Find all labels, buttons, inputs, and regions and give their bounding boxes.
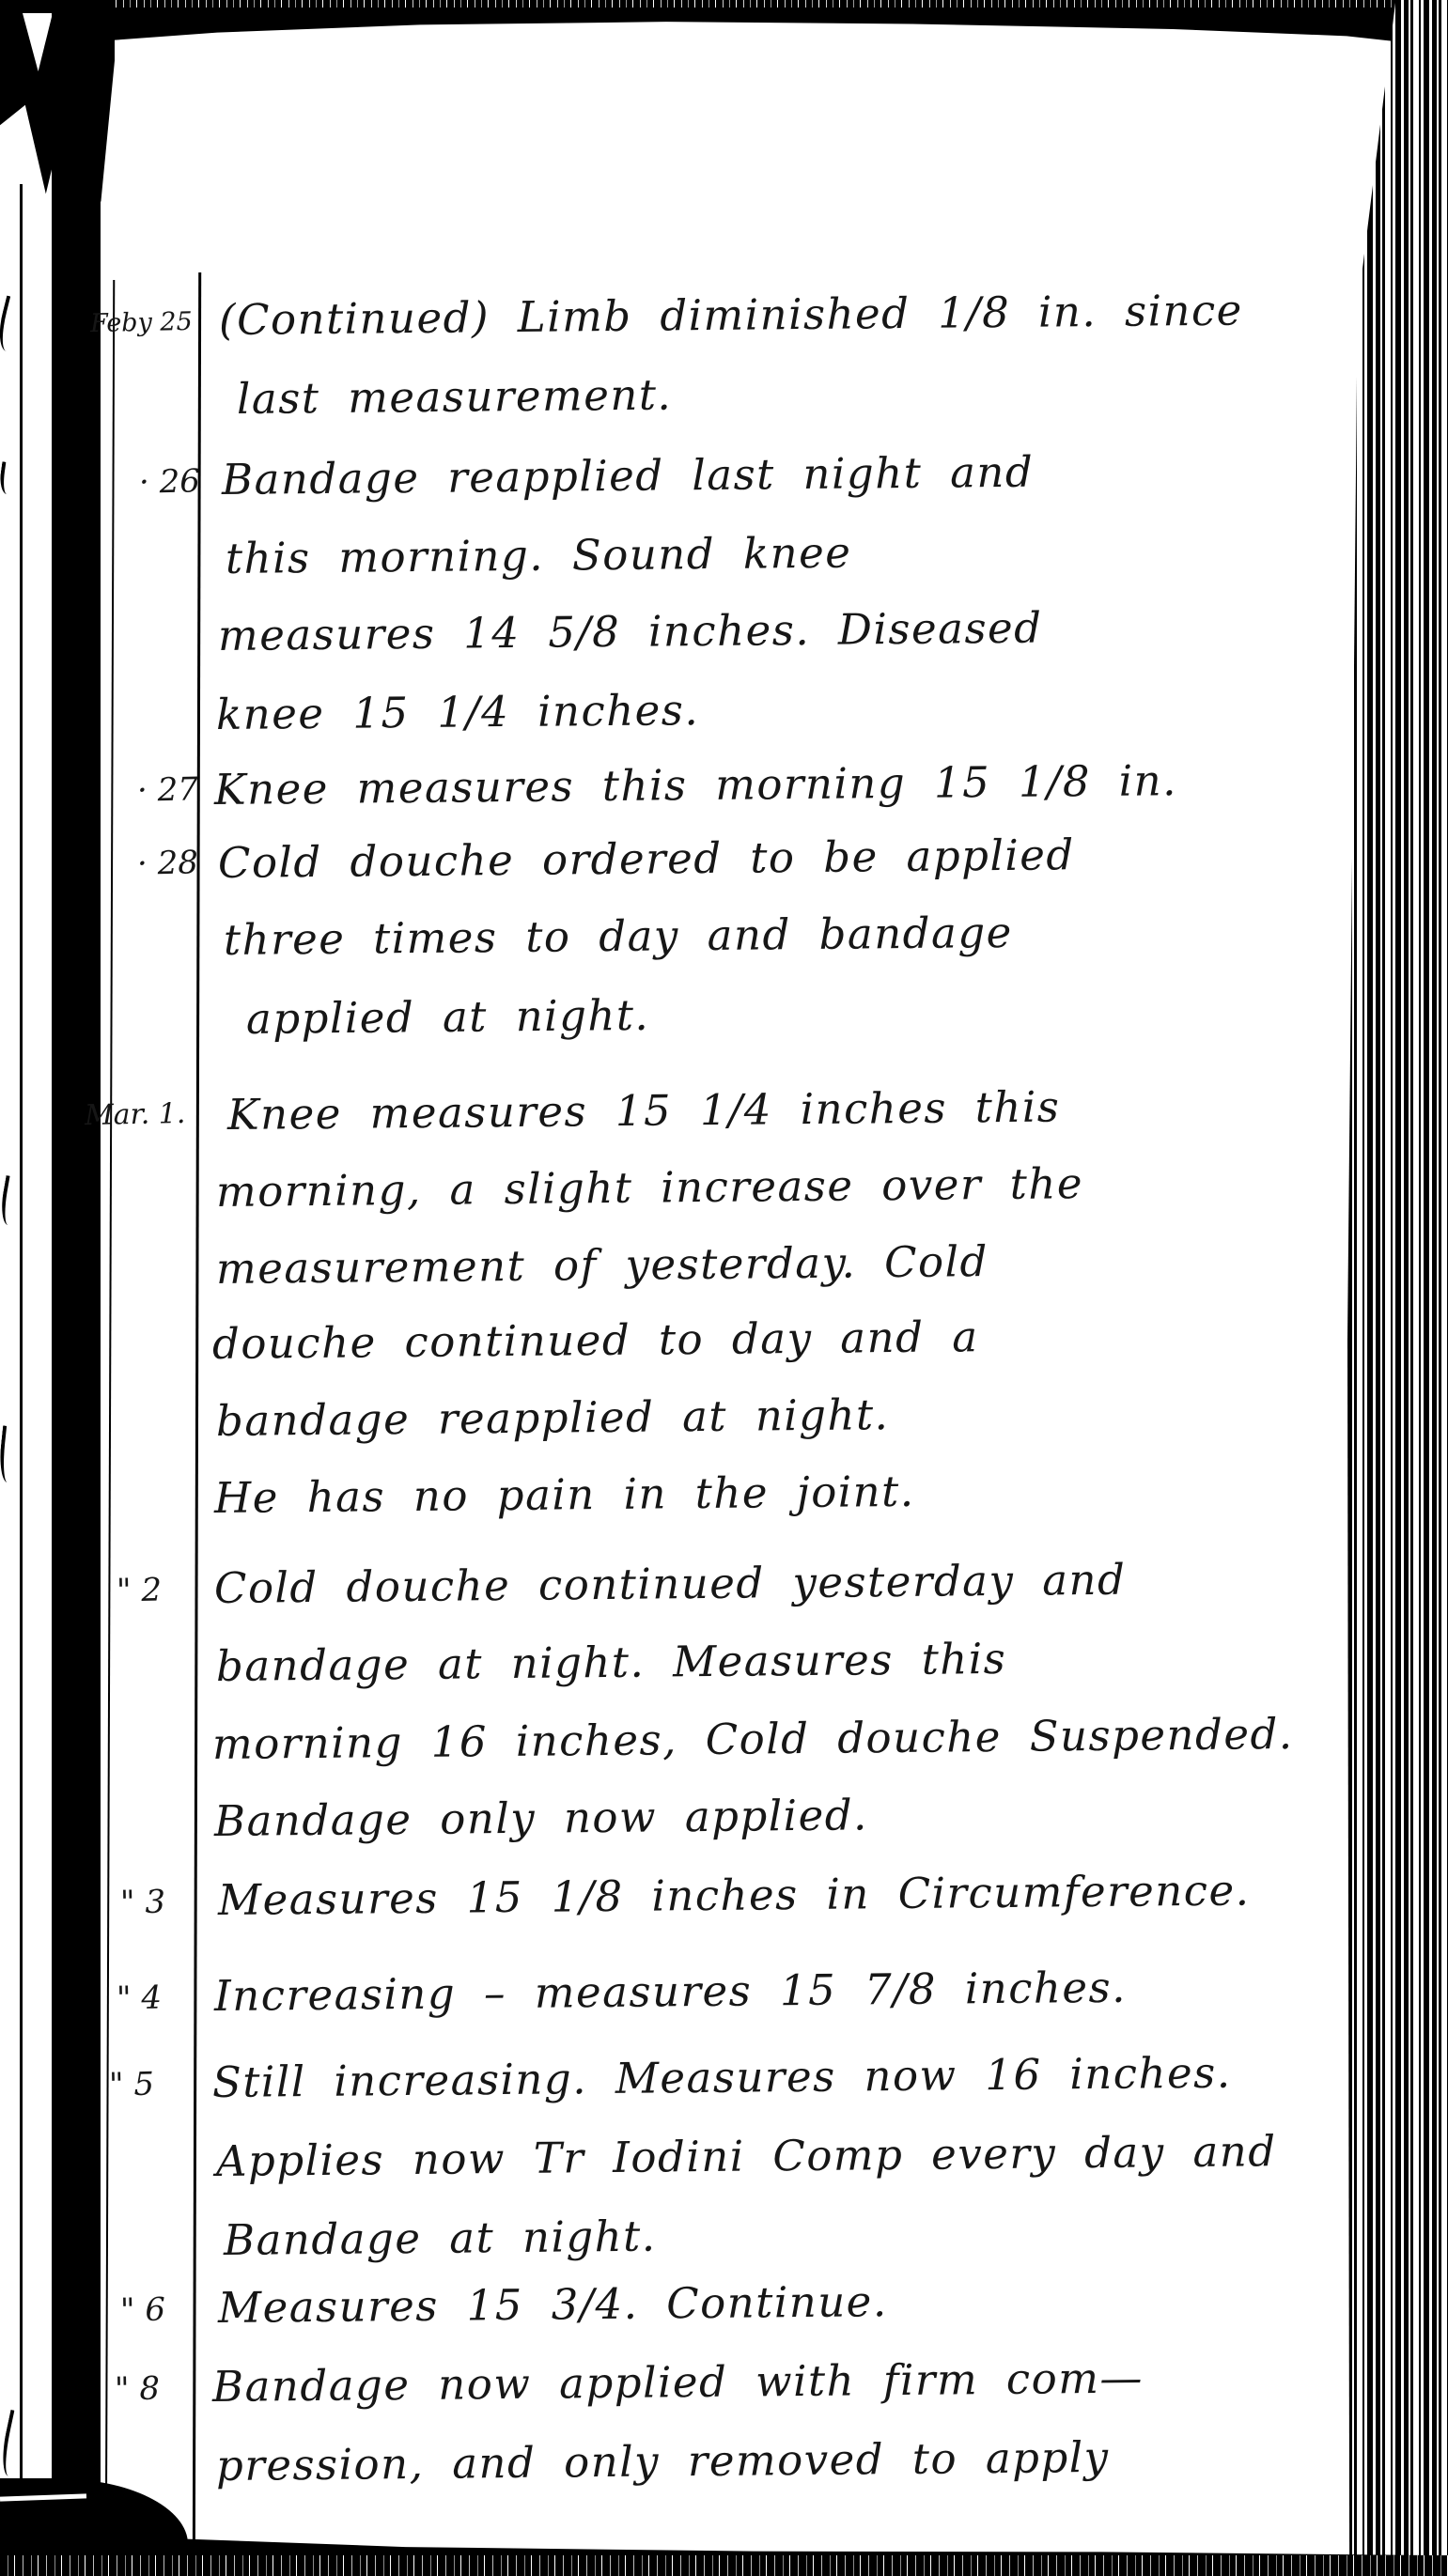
entry-line: (Continued) Limb diminished 1/8 in. sinc… bbox=[219, 289, 1243, 341]
stray-ink-mark bbox=[0, 2410, 27, 2477]
entry-line: douche continued to day and a bbox=[212, 1315, 979, 1365]
date-column-left-rule bbox=[105, 280, 116, 2576]
entry-line: pression, and only removed to apply bbox=[216, 2436, 1110, 2487]
entry-line: Cold douche ordered to be applied bbox=[218, 833, 1075, 884]
binding-gutter-shadow bbox=[52, 0, 101, 2576]
entry-line: Knee measures this morning 15 1/8 in. bbox=[214, 759, 1177, 811]
entry-date: " 2 bbox=[117, 1575, 163, 1607]
entry-line: Bandage at night. bbox=[224, 2215, 657, 2261]
entry-date: Feby 25 bbox=[90, 309, 193, 336]
entry-line: knee 15 1/4 inches. bbox=[216, 689, 700, 736]
entry-line: last measurement. bbox=[237, 374, 673, 420]
entry-line: Measures 15 1/8 inches in Circumference. bbox=[218, 1869, 1251, 1921]
entry-line: measures 14 5/8 inches. Diseased bbox=[218, 607, 1043, 657]
entry-line: morning, a slight increase over the bbox=[216, 1162, 1083, 1213]
entry-date: " 3 bbox=[120, 1886, 166, 1919]
entry-line: Bandage only now applied. bbox=[214, 1793, 868, 1842]
entry-date: · 27 bbox=[137, 773, 199, 806]
scan-top-shadow-band bbox=[0, 8, 1448, 51]
scan-bottom-edge-texture bbox=[0, 2555, 1448, 2576]
entry-date: Mar. 1. bbox=[85, 1100, 186, 1130]
entry-line: three times to day and bandage bbox=[224, 911, 1013, 961]
entry-line: bandage at night. Measures this bbox=[216, 1637, 1007, 1687]
entry-line: applied at night. bbox=[246, 994, 650, 1040]
entry-date: · 28 bbox=[137, 846, 199, 879]
previous-page-rule-line bbox=[20, 184, 23, 2576]
entry-line: Increasing – measures 15 7/8 inches. bbox=[214, 1966, 1127, 2017]
entry-line: this morning. Sound knee bbox=[226, 532, 852, 580]
entry-date: " 4 bbox=[117, 1982, 163, 2015]
entry-line: Cold douche continued yesterday and bbox=[214, 1559, 1127, 1609]
entry-date: " 6 bbox=[120, 2294, 166, 2327]
stray-ink-mark bbox=[0, 1425, 18, 1482]
entry-line: Still increasing. Measures now 16 inches… bbox=[212, 2052, 1232, 2103]
entry-line: Measures 15 3/4. Continue. bbox=[218, 2280, 888, 2329]
entry-line: measurement of yesterday. Cold bbox=[216, 1240, 989, 1290]
scan-bottom-shadow-band bbox=[0, 2523, 1448, 2559]
entry-line: Bandage reapplied last night and bbox=[222, 451, 1035, 501]
entry-line: Bandage now applied with firm com— bbox=[212, 2356, 1144, 2408]
stray-ink-mark bbox=[0, 461, 15, 495]
entry-date: " 8 bbox=[115, 2373, 161, 2406]
book-fore-edge-stripes bbox=[1347, 0, 1448, 2576]
date-column-right-rule bbox=[193, 272, 201, 2576]
entry-line: morning 16 inches, Cold douche Suspended… bbox=[212, 1713, 1294, 1765]
stray-ink-mark bbox=[0, 1175, 21, 1226]
manuscript-page: Feby 25(Continued) Limb diminished 1/8 i… bbox=[0, 0, 1448, 2576]
entry-line: He has no pain in the joint. bbox=[214, 1470, 915, 1519]
entry-date: · 26 bbox=[139, 465, 201, 498]
entry-line: Applies now Tr Iodini Comp every day and bbox=[216, 2130, 1277, 2182]
entry-date: " 5 bbox=[109, 2069, 155, 2102]
entry-line: Knee measures 15 1/4 inches this bbox=[227, 1085, 1061, 1136]
entry-line: bandage reapplied at night. bbox=[216, 1393, 890, 1442]
